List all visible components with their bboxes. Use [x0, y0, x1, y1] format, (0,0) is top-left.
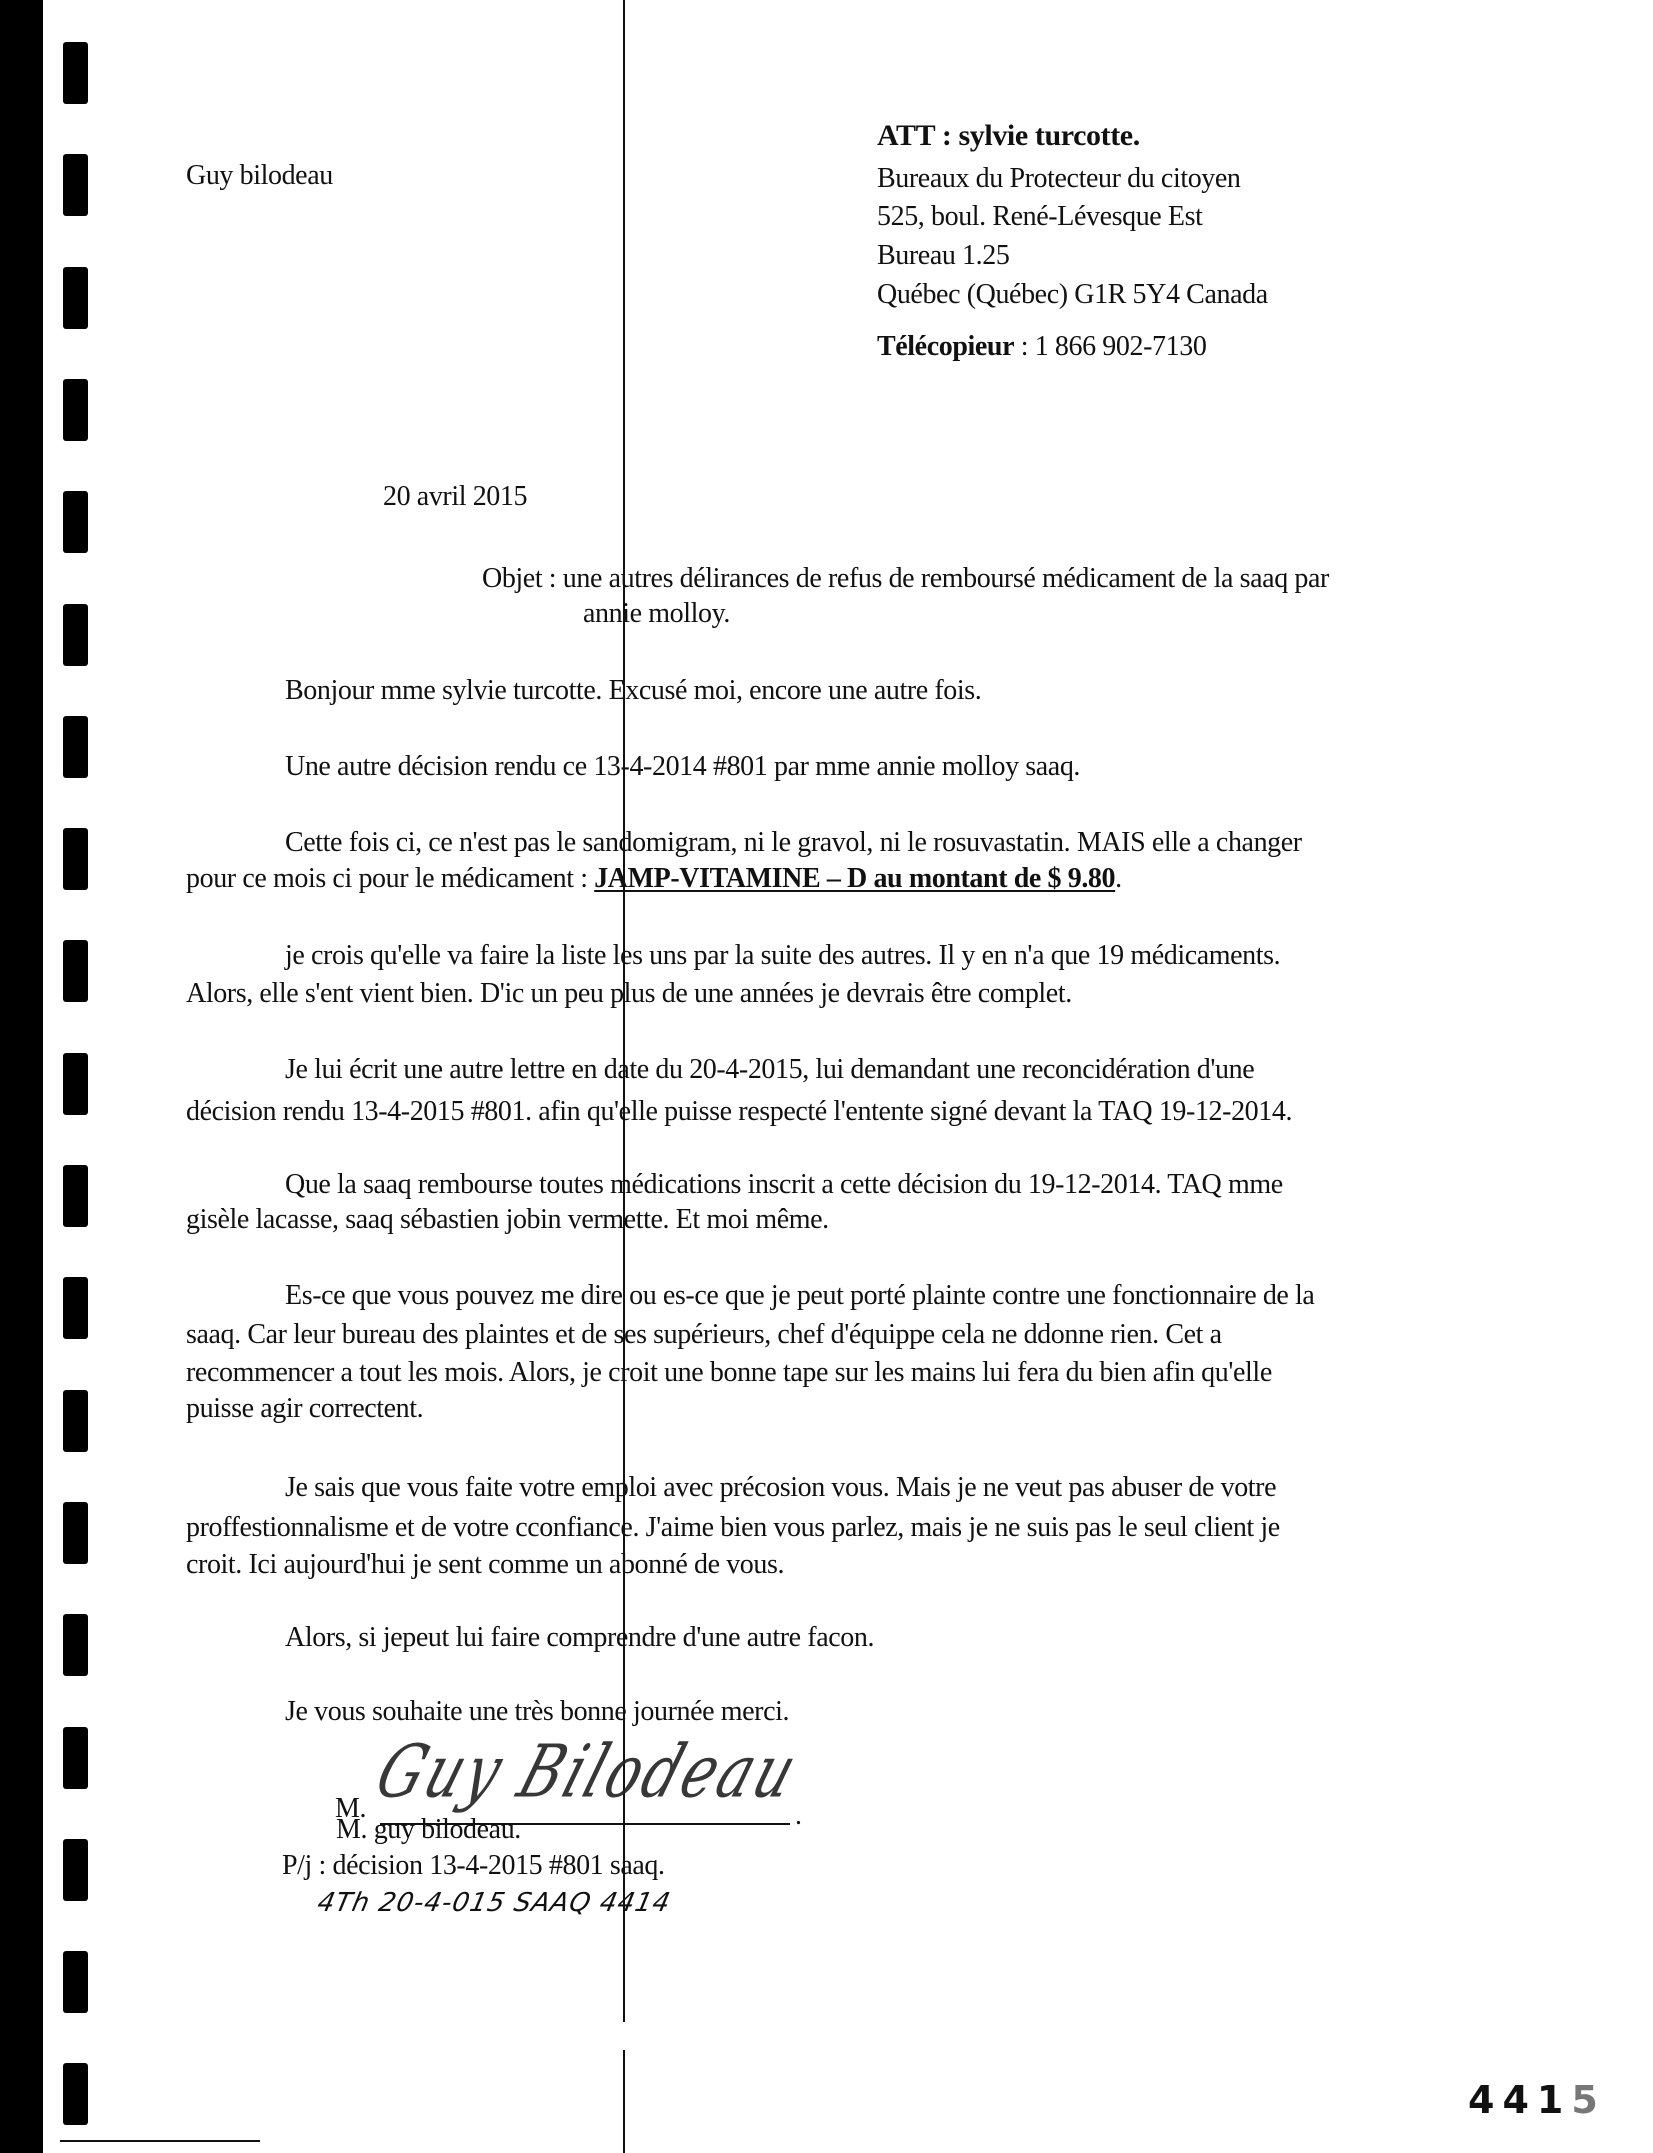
scan-margin-strip	[0, 0, 43, 2153]
page-number-digits: 441	[1468, 2078, 1571, 2122]
attachment-note: P/j : décision 13-4-2015 #801 saaq.	[282, 1850, 665, 1882]
paragraph-4-line-2: décision rendu 13-4-2015 #801. afin qu'e…	[186, 1096, 1292, 1128]
perforation-hole	[63, 1839, 88, 1901]
paragraph-5-line-2: gisèle lacasse, saaq sébastien jobin ver…	[186, 1204, 829, 1236]
perforation-hole	[63, 42, 88, 104]
recipient-att: ATT : sylvie turcotte.	[877, 120, 1140, 152]
perforation-hole	[63, 154, 88, 216]
paragraph-2-prefix: pour ce mois ci pour le médicament :	[186, 863, 594, 894]
paragraph-1: Une autre décision rendu ce 13-4-2014 #8…	[285, 751, 1080, 783]
paragraph-2-suffix: .	[1115, 863, 1122, 894]
perforation-hole	[63, 1502, 88, 1564]
perforation-hole	[63, 716, 88, 778]
perforation-hole	[63, 940, 88, 1002]
recipient-street: 525, boul. René-Lévesque Est	[877, 201, 1203, 233]
perforation-hole	[63, 267, 88, 329]
paragraph-2-line-1: Cette fois ci, ce n'est pas le sandomigr…	[285, 827, 1302, 859]
page-number-last-digit: 5	[1571, 2078, 1605, 2122]
subject-line: Objet : une autres délirances de refus d…	[482, 563, 1329, 595]
handwritten-note: 4Th 20-4-015 SAAQ 4414	[315, 1888, 674, 1918]
fax-number: : 1 866 902-7130	[1014, 331, 1206, 362]
subject-text: une autres délirances de refus de rembou…	[563, 563, 1329, 594]
perforation-hole	[63, 1165, 88, 1227]
paragraph-6-line-4: puisse agir correctent.	[186, 1393, 423, 1425]
perforation-hole	[63, 1727, 88, 1789]
paragraph-7-line-3: croit. Ici aujourd'hui je sent comme un …	[186, 1549, 784, 1581]
recipient-fax: Télécopieur : 1 866 902-7130	[877, 331, 1206, 363]
paragraph-7-line-1: Je sais que vous faite votre emploi avec…	[285, 1472, 1276, 1504]
perforation-hole	[63, 491, 88, 553]
bottom-edge-line	[60, 2140, 260, 2142]
typed-name: M. guy bilodeau.	[336, 1814, 521, 1846]
paragraph-3-line-1: je crois qu'elle va faire la liste les u…	[285, 940, 1280, 972]
closing: Je vous souhaite une très bonne journée …	[285, 1696, 789, 1728]
recipient-office: Bureau 1.25	[877, 240, 1009, 272]
signature-trailing-dot: .	[795, 1800, 802, 1832]
scan-line	[623, 2050, 625, 2153]
perforation-hole	[63, 1053, 88, 1115]
perforation-hole	[63, 379, 88, 441]
paragraph-2-line-2: pour ce mois ci pour le médicament : JAM…	[186, 863, 1122, 895]
perforation-hole	[63, 604, 88, 666]
paragraph-6-line-3: recommencer a tout les mois. Alors, je c…	[186, 1357, 1272, 1389]
sender-name: Guy bilodeau	[186, 160, 333, 192]
medication-highlight: JAMP-VITAMINE – D au montant de $ 9.80	[594, 863, 1115, 894]
greeting: Bonjour mme sylvie turcotte. Excusé moi,…	[285, 675, 981, 707]
letter-date: 20 avril 2015	[383, 481, 527, 513]
paragraph-6-line-2: saaq. Car leur bureau des plaintes et de…	[186, 1319, 1222, 1351]
subject-label: Objet :	[482, 563, 563, 594]
paragraph-8: Alors, si jepeut lui faire comprendre d'…	[285, 1622, 874, 1654]
recipient-org: Bureaux du Protecteur du citoyen	[877, 163, 1241, 195]
perforation-hole	[63, 1614, 88, 1676]
perforation-hole	[63, 828, 88, 890]
subject-continuation: annie molloy.	[583, 598, 730, 630]
fax-label: Télécopieur	[877, 331, 1014, 362]
paragraph-4-line-1: Je lui écrit une autre lettre en date du…	[285, 1054, 1254, 1086]
perforation-hole	[63, 1390, 88, 1452]
perforation-hole	[63, 1277, 88, 1339]
perforation-hole	[63, 2063, 88, 2125]
perforation-hole	[63, 1951, 88, 2013]
paragraph-3-line-2: Alors, elle s'ent vient bien. D'ic un pe…	[186, 978, 1072, 1010]
page-number-stamp: 4415	[1468, 2078, 1606, 2122]
paragraph-6-line-1: Es-ce que vous pouvez me dire ou es-ce q…	[285, 1280, 1314, 1312]
handwritten-signature: Guy Bilodeau	[366, 1730, 809, 1815]
paragraph-5-line-1: Que la saaq rembourse toutes médications…	[285, 1169, 1283, 1201]
paragraph-7-line-2: proffestionnalisme et de votre cconfianc…	[186, 1512, 1280, 1544]
recipient-city: Québec (Québec) G1R 5Y4 Canada	[877, 279, 1268, 311]
